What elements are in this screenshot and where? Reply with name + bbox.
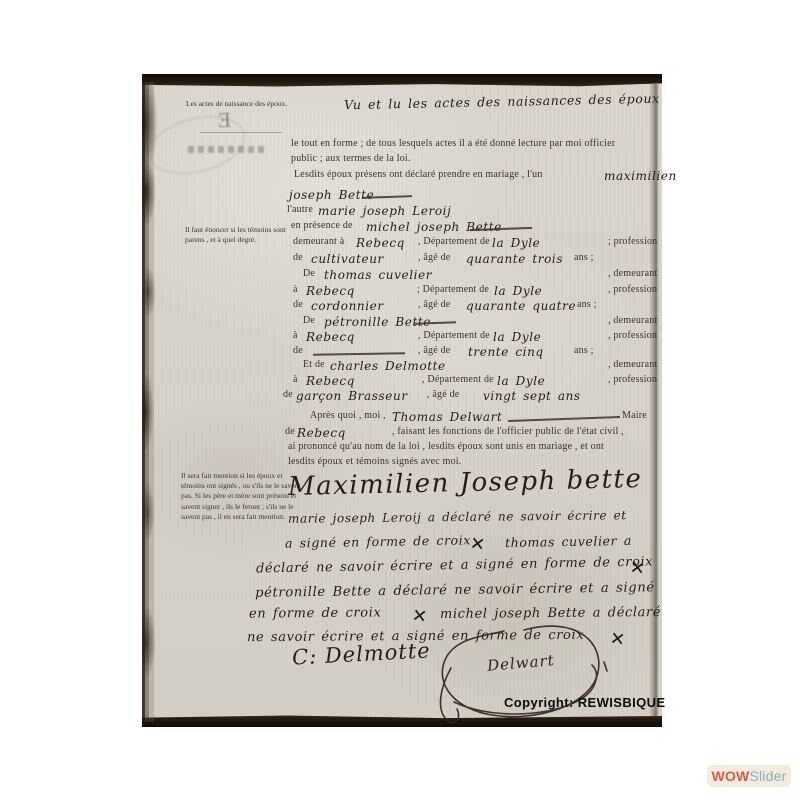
handwritten-entry: charles Delmotte bbox=[330, 359, 446, 373]
handwritten-entry: cultivateur bbox=[311, 252, 384, 266]
handwritten-entry: maximilien bbox=[604, 169, 677, 183]
scan-top-edge bbox=[142, 74, 662, 87]
printed-form-text: , profession bbox=[608, 330, 657, 341]
handwritten-entry: la Dyle bbox=[492, 236, 540, 250]
printed-form-text: en présence de bbox=[291, 220, 353, 231]
printed-form-text: le tout en forme ; de tous lesquels acte… bbox=[291, 138, 615, 149]
handwritten-entry: marie joseph Leroij bbox=[318, 204, 451, 218]
printed-form-text: ans ; bbox=[574, 345, 594, 356]
section-letter: E bbox=[217, 108, 231, 134]
ink-bleed-text-smudge bbox=[188, 146, 264, 153]
handwritten-entry: garçon Brasseur bbox=[296, 389, 408, 403]
printed-form-text: , demeurant bbox=[608, 359, 657, 370]
watermark-wow-label: WOW bbox=[712, 768, 750, 784]
handwritten-entry: quarante quatre bbox=[466, 299, 576, 313]
printed-form-text: , demeurant bbox=[608, 268, 657, 279]
printed-form-text: de bbox=[283, 389, 293, 400]
printed-form-text: De bbox=[303, 268, 315, 279]
handwritten-entry: Rebecq bbox=[306, 330, 355, 344]
page-background: { "document": { "annotation_top": "Vu et… bbox=[0, 0, 800, 800]
printed-form-text: de bbox=[293, 299, 303, 310]
printed-form-text: , Département de bbox=[418, 236, 490, 247]
printed-form-text: , Département de bbox=[422, 374, 494, 385]
handwritten-entry: cordonnier bbox=[311, 299, 384, 313]
printed-form-text: ans ; bbox=[577, 299, 597, 310]
cross-mark: ✕ bbox=[629, 557, 647, 580]
printed-form-text: ans ; bbox=[574, 252, 594, 263]
printed-form-text: lesdits époux et témoins signés avec moi… bbox=[288, 456, 461, 467]
printed-form-text: Et de bbox=[303, 359, 325, 370]
margin-note-birth-acts: Les actes de naissance des époux. bbox=[186, 99, 298, 109]
printed-form-text: , âgé de bbox=[418, 252, 450, 263]
printed-form-text: public ; aux termes de la loi. bbox=[291, 153, 411, 164]
printed-form-text: à bbox=[293, 284, 298, 295]
printed-form-text: à bbox=[293, 374, 298, 385]
handwritten-entry: thomas cuvelier bbox=[324, 268, 432, 282]
printed-form-text: de bbox=[285, 426, 295, 437]
printed-form-text: de bbox=[293, 252, 303, 263]
printed-form-text: Après quoi , moi , bbox=[310, 410, 386, 421]
printed-form-text: De bbox=[303, 315, 315, 326]
printed-form-text: ; profession bbox=[608, 236, 657, 247]
handwritten-entry: la Dyle bbox=[497, 374, 545, 388]
handwritten-entry: Thomas Delwart bbox=[392, 410, 502, 424]
handwritten-entry: vingt sept ans bbox=[483, 389, 581, 403]
copyright-text: Copyright: REWISBIQUE bbox=[504, 695, 666, 710]
printed-form-text: , faisant les fonctions de l'officier pu… bbox=[392, 426, 624, 437]
ink-bleed-line bbox=[200, 132, 282, 133]
handwritten-entry: Rebecq bbox=[306, 284, 355, 298]
watermark-slider-label: Slider bbox=[749, 768, 786, 784]
printed-form-text: , âgé de bbox=[418, 299, 450, 310]
printed-form-text: l'autre bbox=[287, 204, 313, 215]
printed-form-text: ; Département de bbox=[417, 284, 489, 295]
handwritten-entry: Rebecq bbox=[356, 236, 405, 250]
printed-form-text: , âgé de bbox=[427, 389, 459, 400]
handwritten-entry: quarante trois bbox=[466, 252, 563, 266]
printed-form-text: ai prononcé qu'au nom de la loi , lesdit… bbox=[288, 441, 604, 452]
handwritten-entry: trente cinq bbox=[468, 345, 544, 359]
printed-form-text: , demeurant bbox=[608, 315, 657, 326]
printed-form-text: , Département de bbox=[418, 330, 490, 341]
printed-form-text: de bbox=[293, 345, 303, 356]
margin-note-witnesses: Il faut énoncer si les témoins sont pare… bbox=[185, 225, 307, 245]
printed-form-text: à bbox=[293, 330, 298, 341]
handwritten-entry: Rebecq bbox=[297, 426, 346, 440]
printed-form-text: , profession bbox=[608, 284, 657, 295]
printed-form-text: Lesdits époux présens ont déclaré prendr… bbox=[294, 169, 543, 180]
wowslider-watermark-link[interactable]: WOWSlider bbox=[707, 765, 791, 787]
printed-form-text: demeurant à bbox=[293, 236, 344, 247]
handwritten-entry: en forme de croix bbox=[249, 605, 382, 621]
printed-form-text: , profession bbox=[608, 374, 657, 385]
handwritten-entry: la Dyle bbox=[493, 330, 541, 344]
printed-form-text: Maire bbox=[622, 410, 647, 421]
handwritten-entry: michel joseph Bette bbox=[366, 220, 502, 234]
handwritten-entry: joseph Bette bbox=[289, 188, 374, 202]
handwritten-entry: la Dyle bbox=[494, 284, 542, 298]
handwritten-entry: thomas cuvelier a bbox=[505, 533, 632, 550]
margin-note-signatures: Il sera fait mention si les époux et tém… bbox=[181, 471, 303, 522]
handwritten-entry: Rebecq bbox=[306, 374, 355, 388]
book-binding-edge bbox=[142, 82, 162, 722]
printed-form-text: , âgé de bbox=[418, 345, 450, 356]
cross-mark: ✕ bbox=[469, 533, 487, 556]
